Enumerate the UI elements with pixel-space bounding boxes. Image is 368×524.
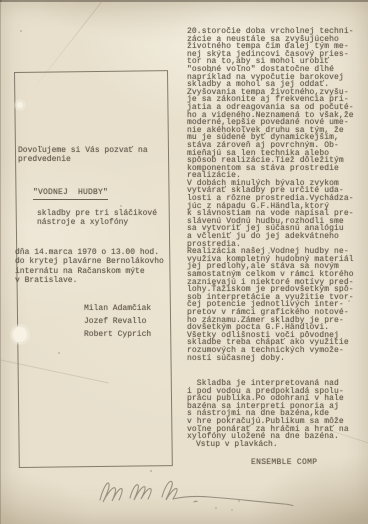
essay-paragraph-1: 20.storočie doba vrcholnej techni- zácie… [187,28,354,362]
handwritten-pencil-signature [86,466,296,514]
event-date-place: dňa 14.marca 1970 o 13.00 hod. do krytej… [15,248,164,285]
paper-speckles [0,0,2,2]
invitation-intro: Dovoľujeme si Vás pozvať na predvedenie [18,147,148,164]
scanned-invitation-page: Dovoľujeme si Vás pozvať na predvedenie … [0,0,368,524]
essay-paragraph-2: Skladba je interpretovaná nad i pod vodo… [187,380,349,441]
scan-edge-left [0,0,1,524]
dress-note: Vstup v plavkách. [196,440,278,449]
performers-list: Milan Adamčiak Jozef Revallo Robert Cypr… [84,302,151,341]
event-subtitle: skladby pre tri sláčikové nástroje a xyl… [37,210,157,228]
scan-edge-top [0,0,368,2]
punch-hole-bottom [12,326,28,343]
punch-hole-top [16,101,24,109]
event-title: "VODNEJ HUDBY" [33,188,108,200]
